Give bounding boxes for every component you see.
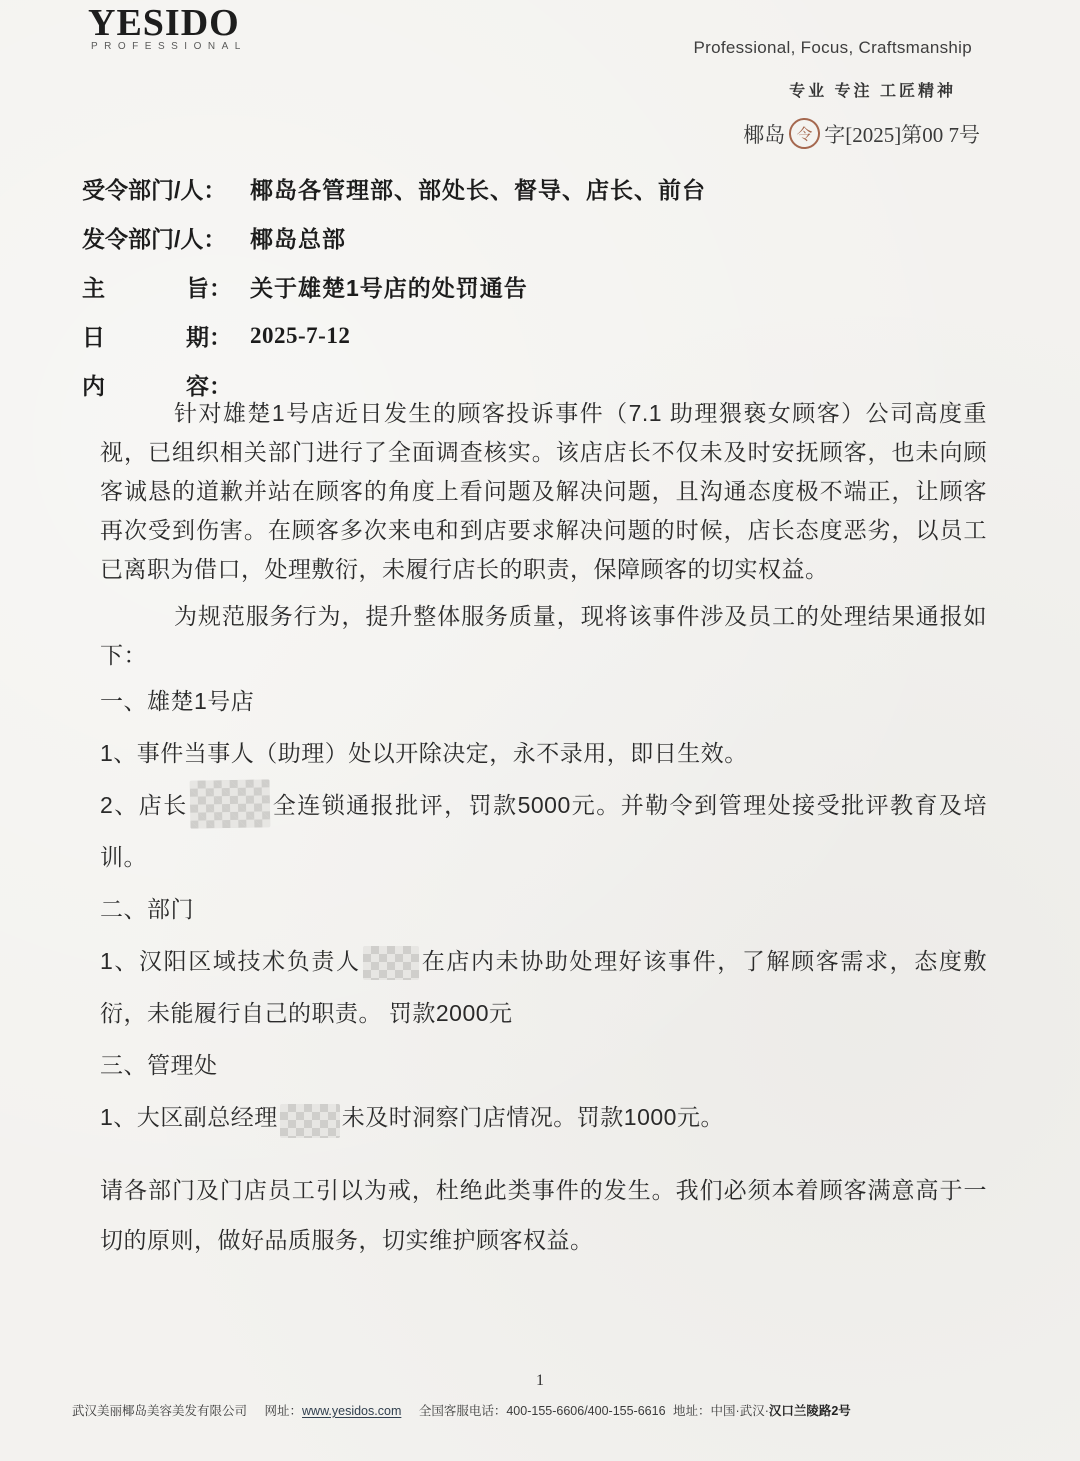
footer-address-label: 地址： — [673, 1404, 711, 1418]
footer-phone-label: 全国客服电话： — [419, 1404, 507, 1418]
document-fields: 受令部门/人： 椰岛各管理部、部处长、督导、店长、前台 发令部门/人： 椰岛总部… — [82, 164, 706, 409]
footer-address-bold: 汉口兰陵路2号 — [769, 1404, 851, 1418]
closing-paragraph: 请各部门及门店员工引以为戒，杜绝此类事件的发生。我们必须本着顾客满意高于一切的原… — [100, 1165, 987, 1265]
field-label: 发令部门/人： — [82, 221, 232, 254]
tagline-english: Professional, Focus, Craftsmanship — [693, 38, 972, 58]
field-label: 日期： — [82, 319, 232, 352]
ling-seal-icon: 令 — [788, 117, 821, 150]
redacted-name-mosaic — [363, 946, 419, 980]
footer-address: 中国·武汉· — [711, 1404, 769, 1418]
redacted-name-mosaic — [189, 779, 270, 828]
field-subject: 主旨： 关于雄楚1号店的处罚通告 — [82, 262, 706, 311]
logo-subtitle: PROFESSIONAL — [88, 41, 247, 52]
doc-no-suffix: 字[2025]第00 7号 — [824, 119, 980, 149]
footer-phone: 400-155-6606/400-155-6616 — [506, 1404, 665, 1418]
document-number: 椰岛 令 字[2025]第00 7号 — [743, 118, 980, 149]
section2-item1: 1、汉阳区域技术负责人在店内未协助处理好该事件，了解顾客需求，态度敷衍，未能履行… — [100, 935, 987, 1039]
section1-title: 一、雄楚1号店 — [100, 675, 987, 727]
field-value: 2025-7-12 — [250, 323, 350, 349]
section3-title: 三、管理处 — [100, 1039, 987, 1091]
footer-website-label: 网址： — [265, 1404, 303, 1418]
field-value: 关于雄楚1号店的处罚通告 — [250, 270, 528, 303]
footer-website-link[interactable]: www.yesidos.com — [302, 1404, 401, 1418]
field-date: 日期： 2025-7-12 — [82, 311, 706, 360]
page-number: 1 — [0, 1372, 1080, 1390]
header-right-block: Professional, Focus, Craftsmanship 专业 专注… — [693, 38, 980, 149]
company-logo: YESIDO PROFESSIONAL — [88, 6, 247, 52]
field-recipients: 受令部门/人： 椰岛各管理部、部处长、督导、店长、前台 — [82, 164, 706, 213]
field-label: 主旨： — [82, 270, 232, 303]
scanned-notice-document: YESIDO PROFESSIONAL Professional, Focus,… — [0, 0, 1080, 1461]
section1-item1: 1、事件当事人（助理）处以开除决定，永不录用，即日生效。 — [100, 727, 987, 779]
section1-item2: 2、店长全连锁通报批评，罚款5000元。并勒令到管理处接受批评教育及培训。 — [100, 779, 987, 883]
footer-contact-line: 武汉美丽椰岛美容美发有限公司 网址：www.yesidos.com 全国客服电话… — [72, 1401, 1052, 1419]
field-issuer: 发令部门/人： 椰岛总部 — [82, 213, 706, 262]
tagline-chinese: 专业 专注 工匠精神 — [789, 78, 956, 101]
footer-company: 武汉美丽椰岛美容美发有限公司 — [72, 1404, 247, 1418]
field-label: 受令部门/人： — [82, 172, 232, 205]
paragraph-purpose: 为规范服务行为，提升整体服务质量，现将该事件涉及员工的处理结果通报如下： — [100, 597, 987, 675]
logo-wordmark: YESIDO — [88, 6, 247, 40]
paragraph-incident: 针对雄楚1号店近日发生的顾客投诉事件（7.1 助理猥亵女顾客）公司高度重视，已组… — [100, 394, 987, 589]
seal-character: 令 — [796, 121, 814, 145]
field-value: 椰岛总部 — [250, 221, 346, 254]
section3-item1: 1、大区副总经理未及时洞察门店情况。罚款1000元。 — [100, 1091, 987, 1143]
field-value: 椰岛各管理部、部处长、督导、店长、前台 — [250, 172, 706, 205]
redacted-name-mosaic — [280, 1104, 340, 1138]
section2-title: 二、部门 — [100, 883, 987, 935]
doc-no-prefix: 椰岛 — [743, 119, 785, 149]
notice-body: 针对雄楚1号店近日发生的顾客投诉事件（7.1 助理猥亵女顾客）公司高度重视，已组… — [100, 394, 987, 1265]
